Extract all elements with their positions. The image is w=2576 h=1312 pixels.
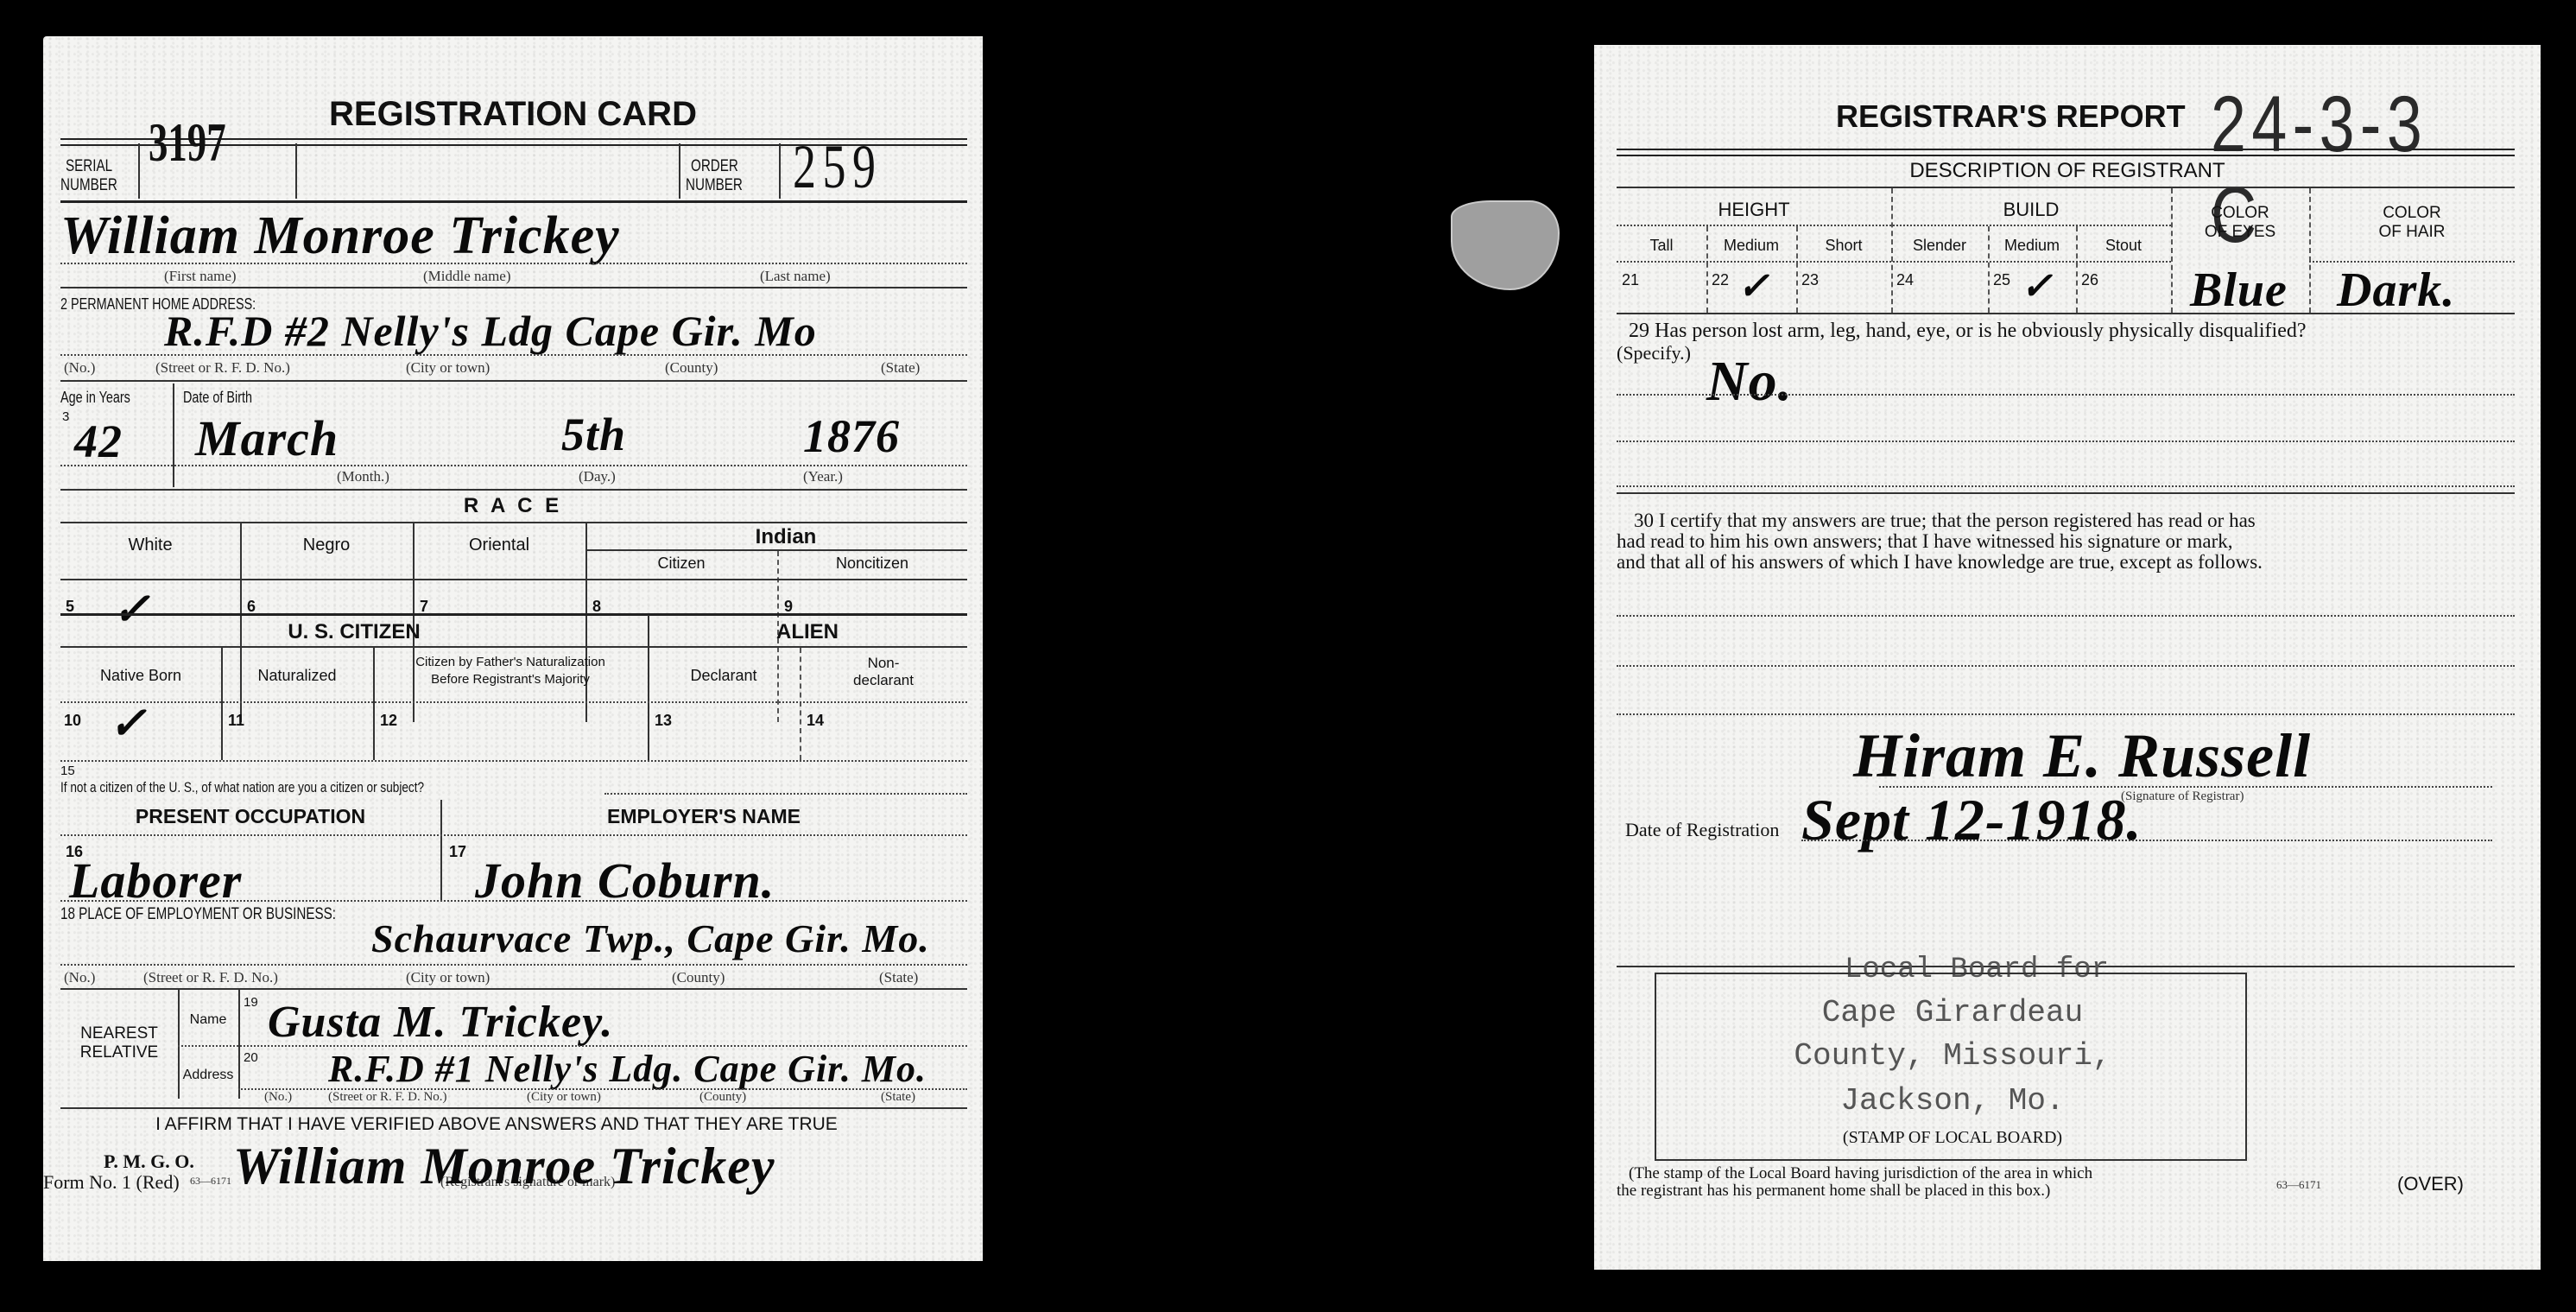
height-tall-label: Tall bbox=[1617, 237, 1706, 255]
race-indian-citizen-label: Citizen bbox=[585, 555, 777, 573]
father-naturalization-label: Citizen by Father's Naturalization bbox=[373, 655, 648, 669]
order-label-2: NUMBER bbox=[686, 176, 743, 195]
native-born-label: Native Born bbox=[60, 667, 221, 685]
serial-label-2: NUMBER bbox=[60, 176, 117, 195]
us-citizen-title: U. S. CITIZEN bbox=[60, 620, 648, 644]
dob-label: Date of Birth bbox=[183, 389, 252, 407]
stamp-note-2: the registrant has his permanent home sh… bbox=[1617, 1182, 2050, 1201]
relative-address-value: R.F.D #1 Nelly's Ldg. Cape Gir. Mo. bbox=[328, 1047, 927, 1091]
employment-place-label: 18 PLACE OF EMPLOYMENT OR BUSINESS: bbox=[60, 905, 336, 924]
home-address-value: R.F.D #2 Nelly's Ldg Cape Gir. Mo bbox=[164, 306, 817, 356]
dob-day: 5th bbox=[561, 408, 626, 461]
declarant-label: Declarant bbox=[648, 667, 800, 685]
local-board-line-3: Jackson, Mo. bbox=[1663, 1083, 2242, 1119]
item29-answer: No. bbox=[1706, 349, 1793, 415]
hair-color-label: COLOR bbox=[2309, 204, 2515, 223]
race-oriental-label: Oriental bbox=[413, 536, 585, 555]
employment-place-value: Schaurvace Twp., Cape Gir. Mo. bbox=[371, 916, 930, 961]
description-title: DESCRIPTION OF REGISTRANT bbox=[1594, 159, 2541, 183]
height-title: HEIGHT bbox=[1617, 199, 1891, 221]
nearest-relative-label: NEAREST bbox=[60, 1024, 178, 1043]
registration-card: REGISTRATION CARD SERIAL NUMBER 3197 ORD… bbox=[43, 36, 983, 1261]
registrant-name: William Monroe Trickey bbox=[60, 206, 620, 267]
form-number: Form No. 1 (Red) bbox=[43, 1171, 180, 1194]
item15-question: If not a citizen of the U. S., of what n… bbox=[60, 779, 424, 796]
serial-number: 3197 bbox=[149, 111, 226, 174]
build-slender-label: Slender bbox=[1891, 237, 1988, 255]
item29-specify: (Specify.) bbox=[1617, 342, 1691, 364]
relative-address-label: Address bbox=[178, 1068, 238, 1083]
indian-label: Indian bbox=[604, 525, 967, 549]
item30-line-1: 30 I certify that my answers are true; t… bbox=[1634, 510, 2256, 532]
naturalized-label: Naturalized bbox=[221, 667, 373, 685]
date-registration-value: Sept 12-1918. bbox=[1801, 786, 2142, 854]
race-title: R A C E bbox=[43, 494, 983, 518]
eye-color-value: Blue bbox=[2190, 263, 2288, 318]
local-board-line-1: Cape Girardeau bbox=[1663, 995, 2242, 1030]
relative-name-value: Gusta M. Trickey. bbox=[268, 997, 613, 1048]
build-medium-check: ✓ bbox=[2021, 264, 2054, 308]
order-number: 259 bbox=[793, 131, 883, 203]
relative-name-label: Name bbox=[178, 1012, 238, 1028]
occupation-title: PRESENT OCCUPATION bbox=[60, 805, 440, 828]
race-indian-noncitizen-label: Noncitizen bbox=[777, 555, 967, 573]
item29-question: 29 Has person lost arm, leg, hand, eye, … bbox=[1629, 320, 2307, 343]
age-label: Age in Years bbox=[60, 389, 130, 407]
registrar-report-card: REGISTRAR'S REPORT 24-3-3 C DESCRIPTION … bbox=[1594, 45, 2541, 1270]
form-code: 63—6171 bbox=[2276, 1178, 2321, 1192]
age-value: 42 bbox=[74, 415, 123, 468]
addr-label-street: (Street or R. F. D. No.) bbox=[155, 359, 290, 377]
registrar-report-title: REGISTRAR'S REPORT bbox=[1836, 98, 2186, 135]
employer-title: EMPLOYER'S NAME bbox=[440, 805, 967, 828]
stamp-note-1: (The stamp of the Local Board having jur… bbox=[1629, 1164, 2092, 1183]
addr-label-county: (County) bbox=[665, 359, 718, 377]
eye-color-label: COLOR bbox=[2171, 204, 2309, 223]
build-title: BUILD bbox=[1891, 199, 2171, 221]
dob-month: March bbox=[195, 409, 339, 467]
item30-line-3: and that all of his answers of which I h… bbox=[1617, 551, 2263, 574]
alien-title: ALIEN bbox=[648, 620, 967, 644]
serial-label: SERIAL bbox=[66, 157, 112, 176]
dob-year: 1876 bbox=[803, 409, 900, 463]
height-medium-label: Medium bbox=[1706, 237, 1796, 255]
hair-color-value: Dark. bbox=[2337, 263, 2455, 318]
local-board-line-2: County, Missouri, bbox=[1663, 1038, 2242, 1074]
first-name-label: (First name) bbox=[164, 268, 237, 285]
addr-label-no: (No.) bbox=[64, 359, 95, 377]
registrant-signature: William Monroe Trickey bbox=[233, 1137, 775, 1196]
last-name-label: (Last name) bbox=[760, 268, 831, 285]
race-white-label: White bbox=[60, 536, 240, 555]
order-label: ORDER bbox=[691, 157, 738, 176]
stamp-label: (STAMP OF LOCAL BOARD) bbox=[1663, 1128, 2242, 1148]
addr-label-state: (State) bbox=[881, 359, 920, 377]
non-declarant-label: Non- bbox=[800, 655, 967, 672]
build-stout-label: Stout bbox=[2076, 237, 2171, 255]
height-short-label: Short bbox=[1796, 237, 1891, 255]
build-medium-label: Medium bbox=[1988, 237, 2076, 255]
item30-line-2: had read to him his own answers; that I … bbox=[1617, 530, 2232, 553]
pmgo-label: P. M. G. O. bbox=[104, 1150, 194, 1173]
native-born-check: ✓ bbox=[109, 698, 148, 750]
date-registration-label: Date of Registration bbox=[1625, 819, 1779, 841]
over-label: (OVER) bbox=[2397, 1173, 2464, 1195]
affirm-statement: I AFFIRM THAT I HAVE VERIFIED ABOVE ANSW… bbox=[43, 1114, 950, 1135]
registrar-signature: Hiram E. Russell bbox=[1853, 720, 2311, 792]
middle-name-label: (Middle name) bbox=[423, 268, 511, 285]
paper-fragment bbox=[1451, 200, 1560, 290]
height-medium-check: ✓ bbox=[1737, 264, 1770, 308]
addr-label-city: (City or town) bbox=[406, 359, 490, 377]
race-negro-label: Negro bbox=[240, 536, 413, 555]
